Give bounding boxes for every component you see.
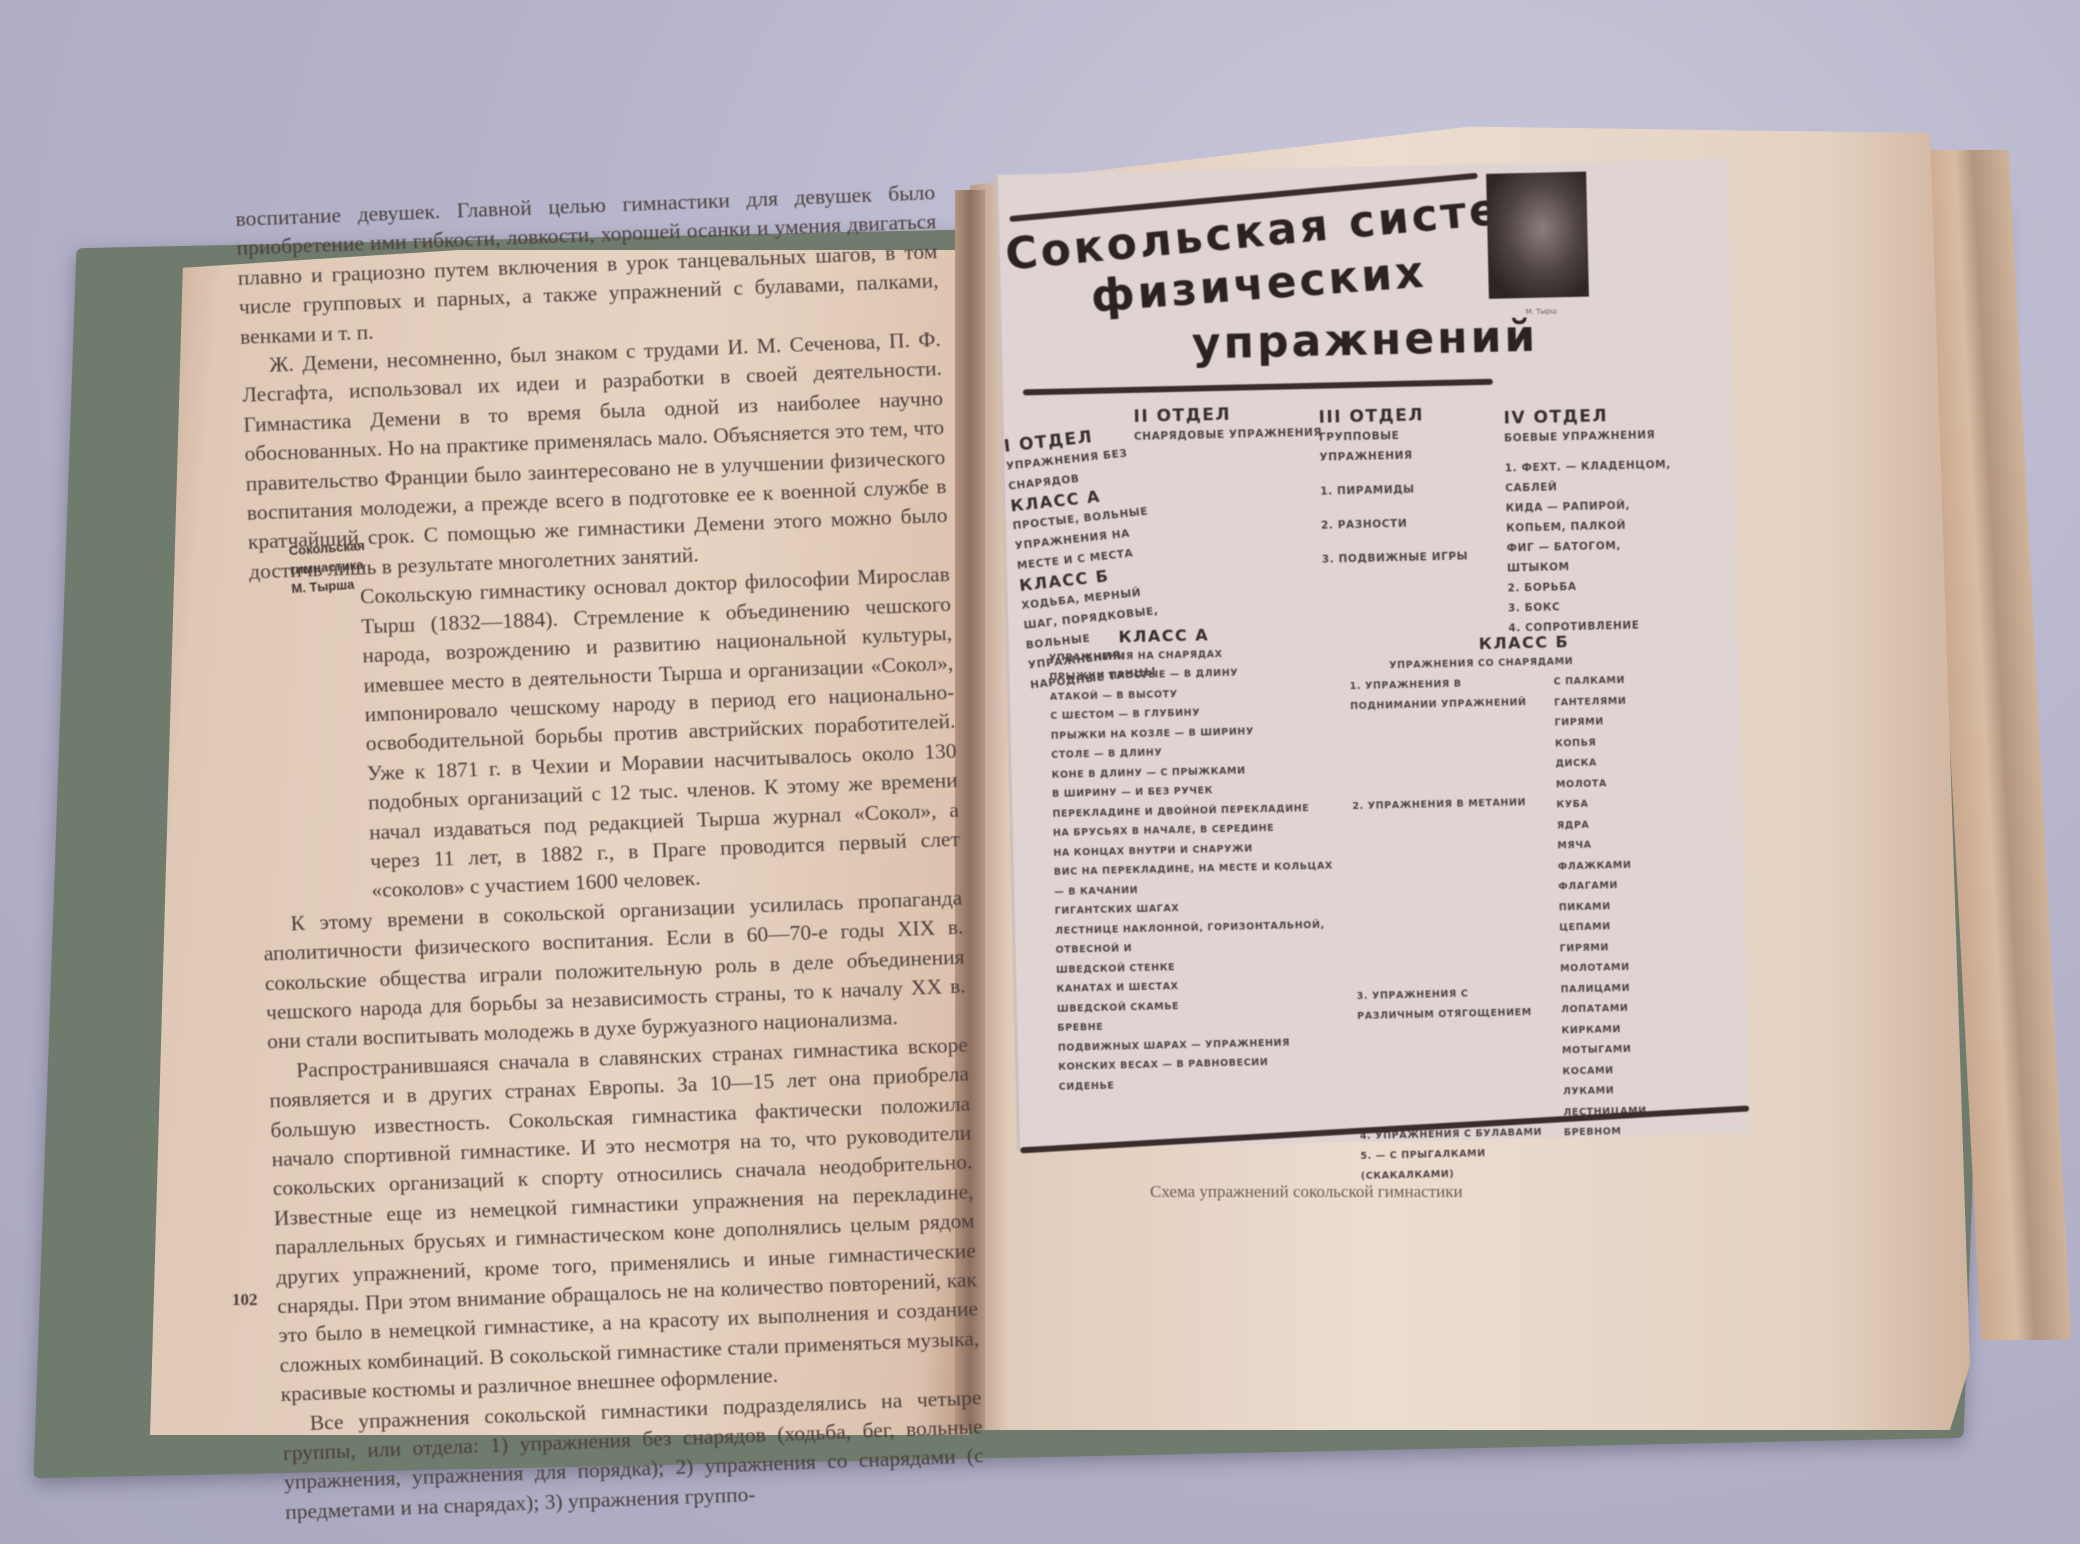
list-item: 2. Упражнения в метании [1352, 793, 1546, 987]
portrait-caption: М. Тырш [1481, 306, 1601, 317]
list-item: 3. Упражнения с различным отягощением [1357, 983, 1550, 1127]
paragraph: К этому времени в сокольской организации… [262, 883, 967, 1057]
list-item: Лестнице наклонной, горизонтальной, отве… [1055, 915, 1346, 961]
list-item: бревном [1564, 1120, 1704, 1144]
list-item: 1. Пирамиды [1320, 478, 1490, 502]
list-item: 1. Упражнения в поднимании упражнений [1349, 673, 1542, 797]
department-4: IV отдел Боевые упражнения 1. Фехт. — Кл… [1503, 404, 1688, 638]
paragraph: воспитание девушек. Главной целью гимнас… [235, 178, 940, 352]
department-subtitle: Боевые упражнения [1504, 424, 1684, 448]
paragraph: Распространившаяся сначала в славянских … [268, 1030, 981, 1409]
sokol-system-chart: Сокольская система физических упражнений… [995, 158, 1750, 1149]
page-number: 102 [232, 1290, 258, 1310]
department-2: II отдел Снарядовые упражнения [1133, 402, 1334, 447]
figure-caption: Схема упражнений сокольской гимнастики [1150, 1182, 1463, 1202]
list-item: 2. Разности [1321, 512, 1491, 536]
left-page-body: воспитание девушек. Главной целью гимнас… [235, 178, 985, 1527]
class-b-section: Класс Б Упражнения со снарядами 1. Упраж… [1349, 628, 1741, 1186]
list-item: 5. — с прыгалками (скакалками) [1360, 1143, 1551, 1187]
department-3: III отдел Групповые упражнения 1. Пирами… [1318, 404, 1492, 570]
title-underline [1023, 379, 1493, 396]
class-b-groups: 1. Упражнения в поднимании упражнений 2.… [1349, 673, 1551, 1187]
department-subtitle: Групповые упражнения [1319, 424, 1490, 468]
list-item: Фиг — батогом, штыком [1506, 534, 1687, 578]
department-2-class-a: Класс А Упражнения на снарядах Прыжки пр… [1048, 622, 1349, 1096]
implements-list: с палками гантелями гирями копья диска м… [1553, 669, 1705, 1182]
list-item: Кида — рапирой, копьем, палкой [1505, 494, 1686, 538]
margin-sidenote: Сокольская гимнастика М. Тырша [288, 535, 382, 598]
list-item: 1. Фехт. — Кладенцом, саблей [1505, 454, 1686, 498]
department-subtitle: Снарядовые упражнения [1134, 422, 1334, 447]
portrait-photo [1486, 172, 1589, 299]
list-item: 3. Подвижные игры [1322, 546, 1492, 570]
figure-title-line: упражнений [1191, 311, 1538, 370]
list-item: Вис на перекладине, на месте и кольцах —… [1054, 856, 1345, 902]
paragraph: Сокольскую гимнастику основал доктор фил… [360, 560, 962, 906]
